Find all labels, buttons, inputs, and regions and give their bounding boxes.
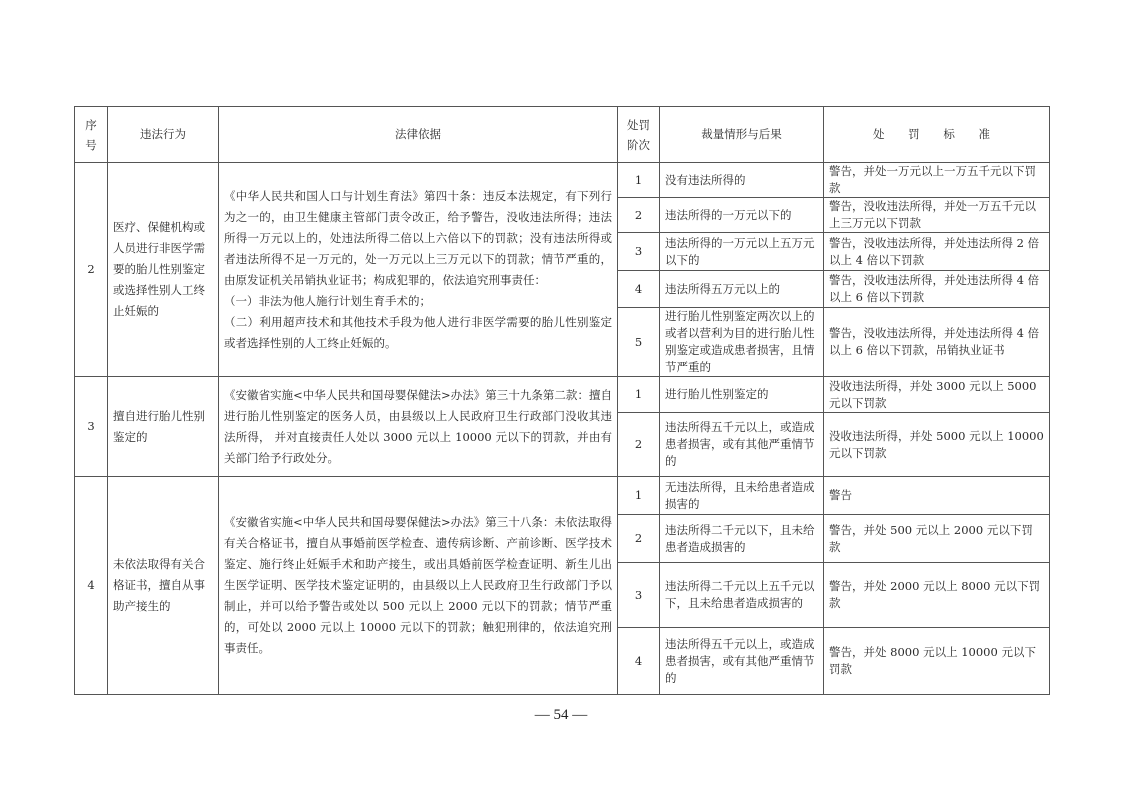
stage-cell: 2 xyxy=(618,198,660,233)
header-circumstances: 裁量情形与后果 xyxy=(660,107,824,163)
header-violation: 违法行为 xyxy=(108,107,219,163)
row-number: 4 xyxy=(75,477,108,695)
stage-cell: 3 xyxy=(618,563,660,628)
header-legal-basis: 法律依据 xyxy=(219,107,618,163)
legal-basis-text: 《安徽省实施<中华人民共和国母婴保健法>办法》第三十八条：未依法取得有关合格证书… xyxy=(224,512,612,659)
violation-cell: 未依法取得有关合格证书，擅自从事助产接生的 xyxy=(108,477,219,695)
standard-cell: 警告，没收违法所得，并处违法所得 4 倍以上 6 倍以下罚款，吊销执业证书 xyxy=(824,308,1050,377)
standard-cell: 没收违法所得，并处 5000 元以上 10000 元以下罚款 xyxy=(824,413,1050,477)
circumstance-cell: 进行胎儿性别鉴定的 xyxy=(660,377,824,413)
table-row: 3 擅自进行胎儿性别鉴定的 《安徽省实施<中华人民共和国母婴保健法>办法》第三十… xyxy=(75,377,1050,413)
stage-cell: 4 xyxy=(618,271,660,308)
standard-cell: 警告，没收违法所得，并处违法所得 2 倍以上 4 倍以下罚款 xyxy=(824,233,1050,271)
stage-cell: 2 xyxy=(618,413,660,477)
header-stage: 处罚阶次 xyxy=(618,107,660,163)
legal-basis-text: （一）非法为他人施行计划生育手术的； xyxy=(224,291,612,312)
row-number: 3 xyxy=(75,377,108,477)
penalty-standards-table: 序号 违法行为 法律依据 处罚阶次 裁量情形与后果 处 罚 标 准 2 医疗、保… xyxy=(74,106,1050,695)
standard-cell: 警告 xyxy=(824,477,1050,515)
standard-cell: 警告，并处一万元以上一万五千元以下罚款 xyxy=(824,163,1050,198)
page-number: — 54 — xyxy=(0,707,1122,724)
circumstance-cell: 违法所得二千元以下，且未给患者造成损害的 xyxy=(660,515,824,563)
legal-basis-cell: 《安徽省实施<中华人民共和国母婴保健法>办法》第三十九条第二款：擅自进行胎儿性别… xyxy=(219,377,618,477)
table-row: 4 未依法取得有关合格证书，擅自从事助产接生的 《安徽省实施<中华人民共和国母婴… xyxy=(75,477,1050,515)
standard-cell: 没收违法所得，并处 3000 元以上 5000 元以下罚款 xyxy=(824,377,1050,413)
stage-cell: 4 xyxy=(618,628,660,695)
stage-cell: 5 xyxy=(618,308,660,377)
standard-cell: 警告，并处 500 元以上 2000 元以下罚款 xyxy=(824,515,1050,563)
stage-cell: 2 xyxy=(618,515,660,563)
circumstance-cell: 违法所得五万元以上的 xyxy=(660,271,824,308)
row-number: 2 xyxy=(75,163,108,377)
circumstance-cell: 违法所得五千元以上，或造成患者损害，或有其他严重情节的 xyxy=(660,413,824,477)
legal-basis-text: （二）利用超声技术和其他技术手段为他人进行非医学需要的胎儿性别鉴定或者选择性别的… xyxy=(224,312,612,354)
legal-basis-text: 《中华人民共和国人口与计划生育法》第四十条：违反本法规定，有下列行为之一的，由卫… xyxy=(224,186,612,291)
stage-cell: 3 xyxy=(618,233,660,271)
circumstance-cell: 无违法所得，且未给患者造成损害的 xyxy=(660,477,824,515)
standard-cell: 警告，没收违法所得，并处违法所得 4 倍以上 6 倍以下罚款 xyxy=(824,271,1050,308)
stage-cell: 1 xyxy=(618,377,660,413)
header-row: 序号 违法行为 法律依据 处罚阶次 裁量情形与后果 处 罚 标 准 xyxy=(75,107,1050,163)
circumstance-cell: 违法所得的一万元以下的 xyxy=(660,198,824,233)
violation-cell: 擅自进行胎儿性别鉴定的 xyxy=(108,377,219,477)
violation-cell: 医疗、保健机构或人员进行非医学需要的胎儿性别鉴定或选择性别人工终止妊娠的 xyxy=(108,163,219,377)
circumstance-cell: 违法所得五千元以上，或造成患者损害，或有其他严重情节的 xyxy=(660,628,824,695)
circumstance-cell: 违法所得二千元以上五千元以下，且未给患者造成损害的 xyxy=(660,563,824,628)
circumstance-cell: 没有违法所得的 xyxy=(660,163,824,198)
legal-basis-cell: 《安徽省实施<中华人民共和国母婴保健法>办法》第三十八条：未依法取得有关合格证书… xyxy=(219,477,618,695)
header-standard: 处 罚 标 准 xyxy=(824,107,1050,163)
legal-basis-cell: 《中华人民共和国人口与计划生育法》第四十条：违反本法规定，有下列行为之一的，由卫… xyxy=(219,163,618,377)
standard-cell: 警告，并处 8000 元以上 10000 元以下罚款 xyxy=(824,628,1050,695)
stage-cell: 1 xyxy=(618,477,660,515)
standard-cell: 警告，并处 2000 元以上 8000 元以下罚款 xyxy=(824,563,1050,628)
circumstance-cell: 违法所得的一万元以上五万元以下的 xyxy=(660,233,824,271)
document-page: 序号 违法行为 法律依据 处罚阶次 裁量情形与后果 处 罚 标 准 2 医疗、保… xyxy=(0,0,1122,793)
table-row: 2 医疗、保健机构或人员进行非医学需要的胎儿性别鉴定或选择性别人工终止妊娠的 《… xyxy=(75,163,1050,198)
header-no: 序号 xyxy=(75,107,108,163)
legal-basis-text: 《安徽省实施<中华人民共和国母婴保健法>办法》第三十九条第二款：擅自进行胎儿性别… xyxy=(224,385,612,469)
circumstance-cell: 进行胎儿性别鉴定两次以上的或者以营利为目的进行胎儿性别鉴定或造成患者损害，且情节… xyxy=(660,308,824,377)
standard-cell: 警告，没收违法所得，并处一万五千元以上三万元以下罚款 xyxy=(824,198,1050,233)
stage-cell: 1 xyxy=(618,163,660,198)
